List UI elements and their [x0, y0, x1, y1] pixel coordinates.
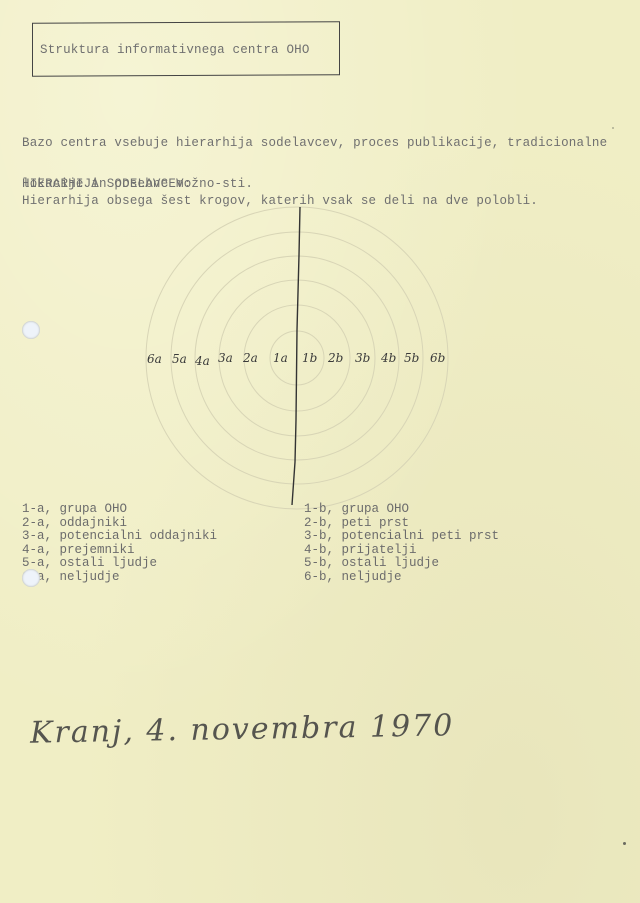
list-a-item: 3-a, potencialni oddajniki	[22, 530, 217, 544]
label-3a: 3a	[218, 351, 233, 365]
left-ring-labels: 6a 5a 4a 3a 2a 1a	[147, 351, 288, 368]
punch-hole-top	[22, 321, 40, 339]
label-2b: 2b	[327, 351, 343, 365]
list-b-item: 1-b, grupa OHO	[304, 503, 499, 517]
list-b-item: 3-b, potencialni peti prst	[304, 530, 499, 544]
list-a-item: 5-a, ostali ljudje	[22, 557, 217, 571]
list-a-item: 2-a, oddajniki	[22, 517, 217, 531]
label-1a: 1a	[273, 351, 288, 365]
label-5a: 5a	[172, 352, 187, 366]
label-1b: 1b	[302, 351, 317, 365]
label-4a: 4a	[194, 354, 210, 368]
label-2a: 2a	[242, 351, 258, 365]
paper-speck	[623, 842, 626, 845]
hierarchy-diagram: 6a 5a 4a 3a 2a 1a 1b 2b 3b 4b 5b 6b	[0, 0, 640, 903]
list-b-item: 5-b, ostali ljudje	[304, 557, 499, 571]
list-a-item: 6-a, neljudje	[22, 571, 217, 585]
list-a-item: 1-a, grupa OHO	[22, 503, 217, 517]
label-6b: 6b	[430, 351, 445, 365]
list-b: 1-b, grupa OHO 2-b, peti prst 3-b, poten…	[304, 503, 499, 584]
list-b-item: 4-b, prijatelji	[304, 544, 499, 558]
list-b-item: 2-b, peti prst	[304, 517, 499, 531]
list-b-item: 6-b, neljudje	[304, 571, 499, 585]
paper-speck	[612, 127, 614, 129]
punch-hole-bottom	[22, 569, 40, 587]
signature-place-date: Kranj, 4. novembra 1970	[30, 708, 455, 750]
label-5b: 5b	[404, 351, 419, 365]
label-4b: 4b	[380, 351, 396, 365]
list-a: 1-a, grupa OHO 2-a, oddajniki 3-a, poten…	[22, 503, 217, 584]
list-a-item: 4-a, prejemniki	[22, 544, 217, 558]
label-6a: 6a	[147, 352, 162, 366]
label-3b: 3b	[355, 351, 370, 365]
